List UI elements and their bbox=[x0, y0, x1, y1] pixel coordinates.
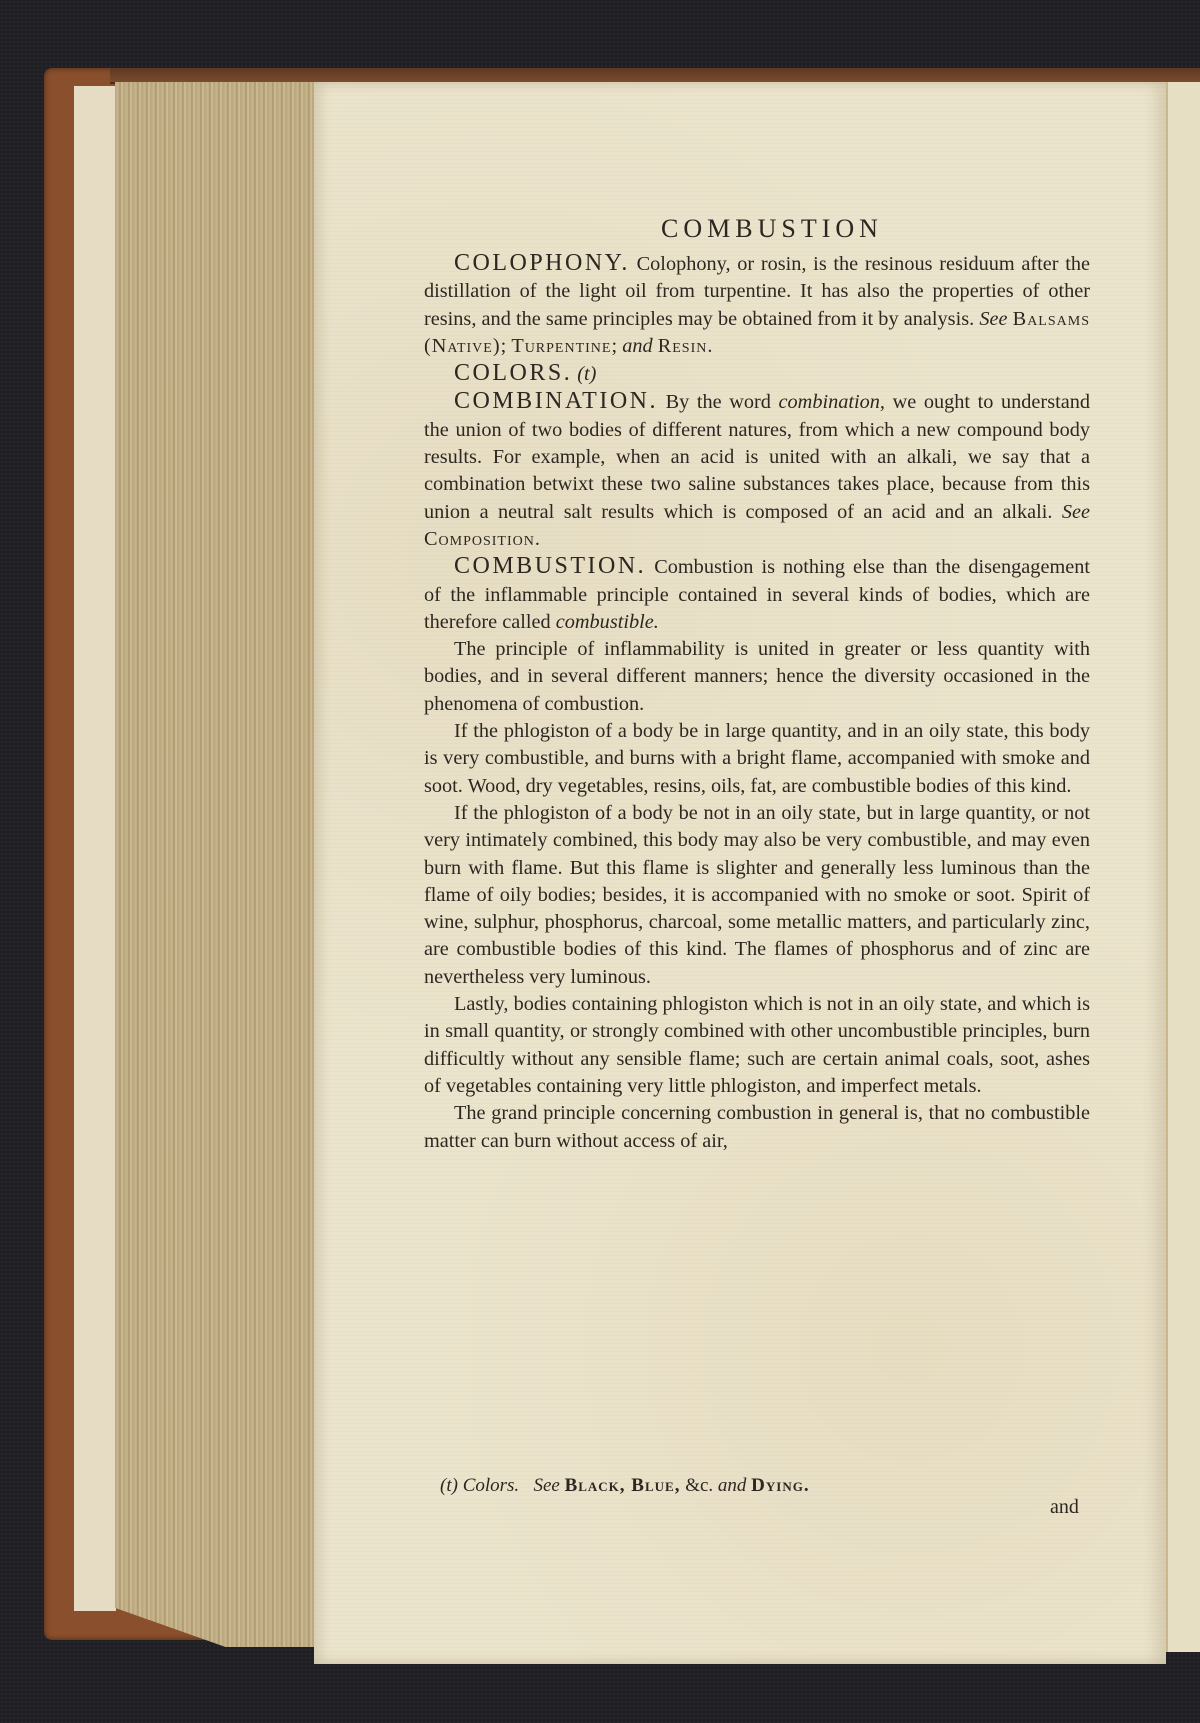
dictionary-entry: COMBUSTION. Combustion is nothing else t… bbox=[424, 553, 1090, 636]
body-paragraph: The principle of inflammability is unite… bbox=[424, 636, 1090, 718]
endpaper bbox=[74, 86, 116, 1611]
entry-headword: COLORS. bbox=[454, 360, 572, 386]
footnote-label: Colors. bbox=[463, 1475, 520, 1496]
entry-headword: COMBINATION. bbox=[454, 388, 658, 414]
entry-text-segment: See bbox=[1062, 501, 1090, 523]
entry-text-segment: ; bbox=[611, 335, 622, 357]
dictionary-entry: COLOPHONY. Colophony, or rosin, is the r… bbox=[424, 250, 1090, 360]
footnote-ref-dying: Dying. bbox=[751, 1475, 809, 1496]
dictionary-entries: COLOPHONY. Colophony, or rosin, is the r… bbox=[424, 250, 1090, 636]
footnote-and: and bbox=[718, 1475, 747, 1496]
entry-text-segment: Turpentine bbox=[511, 335, 611, 357]
entry-text-segment: combustible. bbox=[556, 611, 659, 633]
footnote-see: See bbox=[533, 1475, 559, 1496]
body-paragraph: Lastly, bodies containing phlogiston whi… bbox=[424, 991, 1090, 1100]
page-stack-edges bbox=[115, 82, 316, 1647]
entry-headword: COMBUSTION. bbox=[454, 553, 646, 579]
entry-text-segment: By the word bbox=[666, 391, 779, 413]
entry-text-segment: Composition. bbox=[424, 528, 541, 550]
catchword: and bbox=[1050, 1496, 1079, 1519]
footnote-marker: (t) bbox=[440, 1475, 458, 1496]
dictionary-entry: COLORS. (t) bbox=[424, 360, 1090, 388]
footnote-refs: Black, Blue, bbox=[565, 1475, 681, 1496]
footnote: (t) Colors. See Black, Blue, &c. and Dyi… bbox=[440, 1475, 1000, 1497]
footnote-etc: &c. bbox=[685, 1475, 713, 1496]
dictionary-entry: COMBINATION. By the word combination, we… bbox=[424, 388, 1090, 553]
running-head: COMBUSTION bbox=[424, 214, 1090, 244]
body-paragraph: The grand principle concerning combustio… bbox=[424, 1100, 1090, 1155]
entry-text-segment: See bbox=[979, 308, 1007, 330]
entry-text-segment: and bbox=[622, 335, 652, 357]
entry-text-segment: combination, bbox=[779, 391, 885, 413]
body-paragraphs: The principle of inflammability is unite… bbox=[424, 636, 1090, 1155]
entry-headword: COLOPHONY. bbox=[454, 250, 630, 276]
entry-text-segment: (t) bbox=[577, 363, 596, 385]
facing-page-edge bbox=[1166, 82, 1200, 1652]
page-text: COMBUSTION COLOPHONY. Colophony, or rosi… bbox=[424, 214, 1090, 1155]
body-paragraph: If the phlogiston of a body be not in an… bbox=[424, 800, 1090, 991]
entry-text-segment: Resin. bbox=[658, 335, 714, 357]
body-paragraph: If the phlogiston of a body be in large … bbox=[424, 718, 1090, 800]
entry-text-segment: ; bbox=[501, 335, 512, 357]
